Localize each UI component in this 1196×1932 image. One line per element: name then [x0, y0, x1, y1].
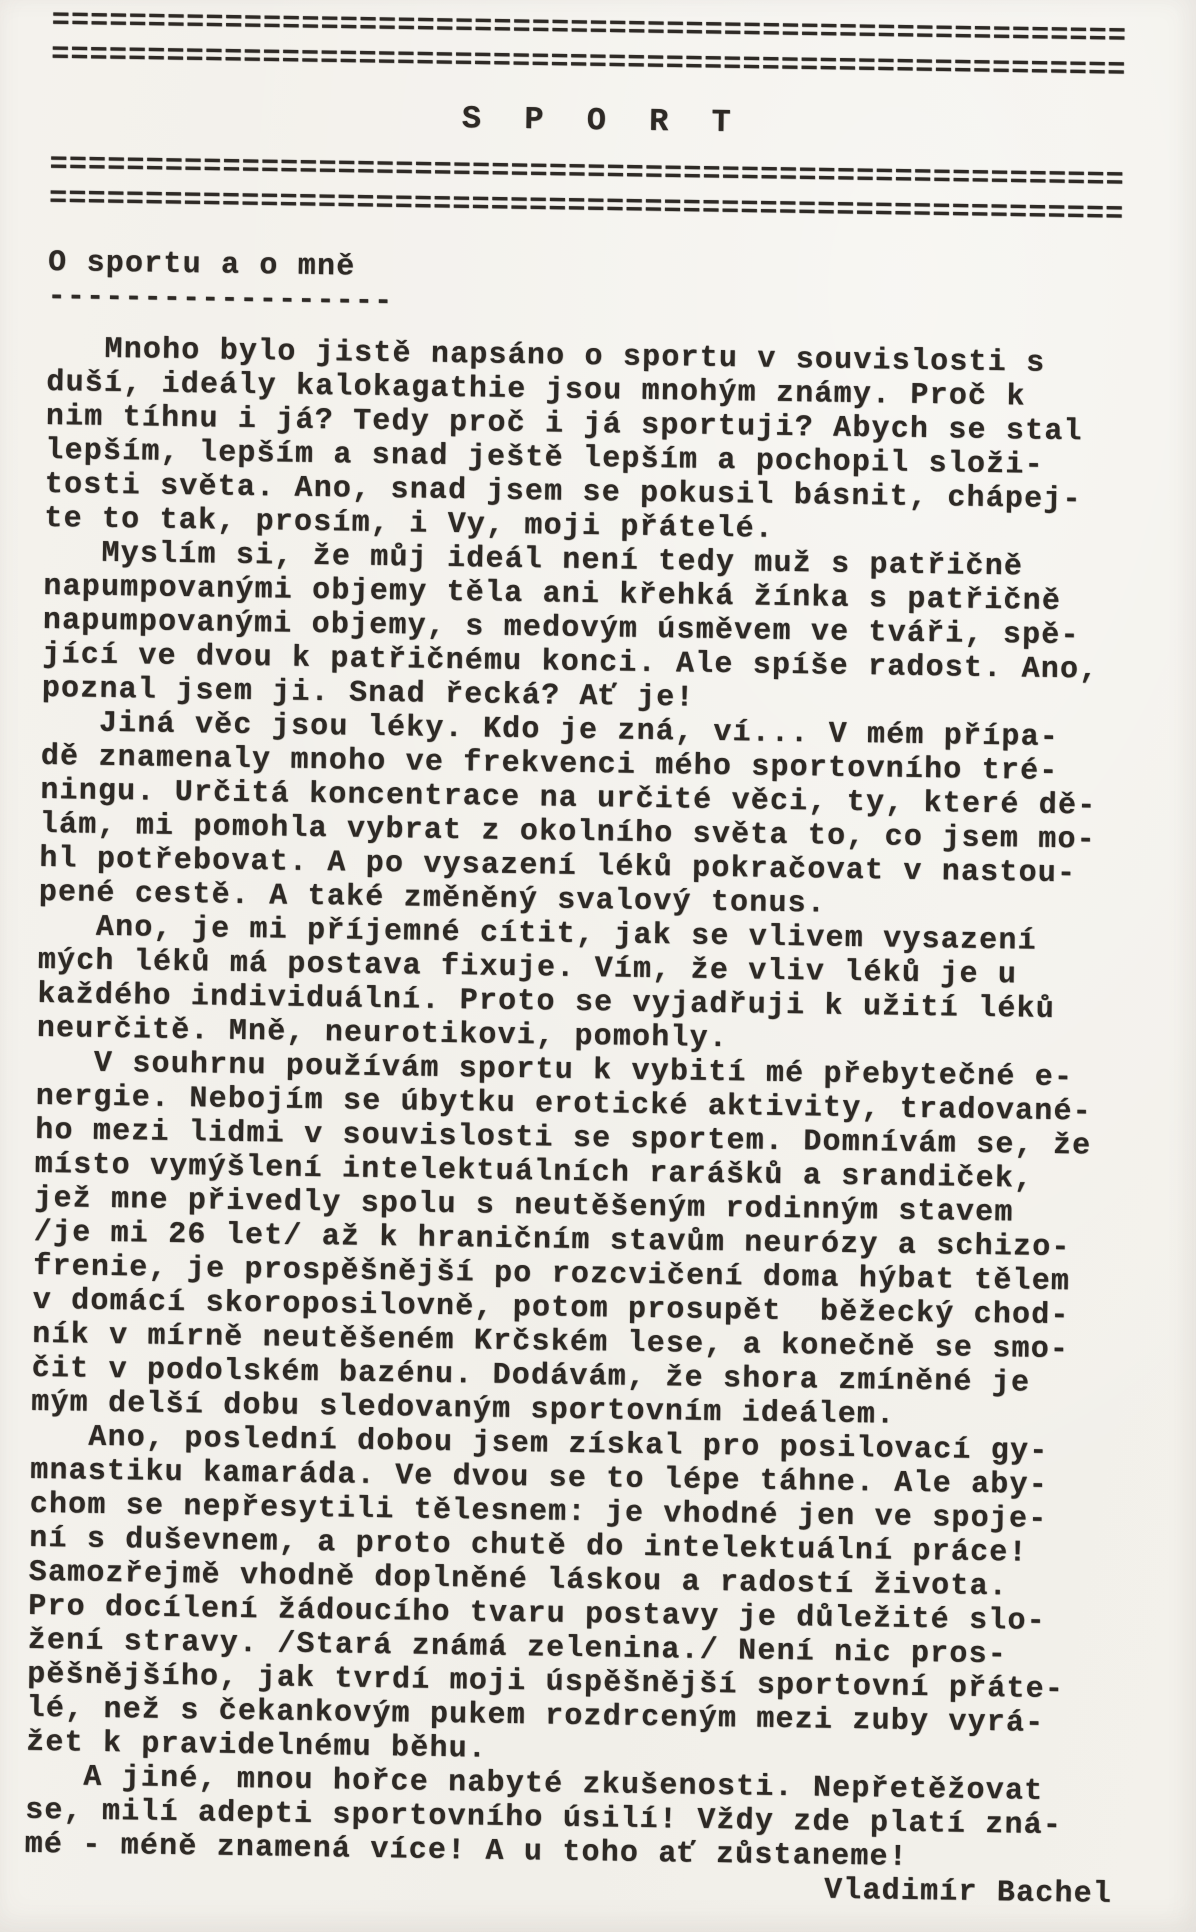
document-title: S P O R T	[50, 96, 1154, 146]
article-body: Mnoho bylo jistě napsáno o sportu v souv…	[24, 332, 1151, 1878]
section-heading-block: O sportu a o mně ------------------	[47, 246, 1152, 330]
title-bottom-double-rule: ========================================…	[49, 148, 1154, 232]
paragraph-6: Ano, poslední dobou jsem získal pro posi…	[26, 1420, 1135, 1776]
typed-content: ========================================…	[24, 4, 1156, 1912]
paragraph-1: Mnoho bylo jistě napsáno o sportu v souv…	[44, 332, 1151, 552]
paragraph-4: Ano, je mi příjemné cítit, jak se vlivem…	[37, 910, 1143, 1062]
paragraph-7: A jiné, mnou hořce nabyté zkušenosti. Ne…	[24, 1760, 1129, 1878]
paragraph-5: V souhrnu používám sportu k vybití mé př…	[31, 1046, 1140, 1436]
paragraph-2: Myslím si, že můj ideál není tedy muž s …	[42, 536, 1148, 722]
paragraph-3: Jiná věc jsou léky. Kdo je zná, ví... V …	[39, 706, 1146, 926]
scanned-document-page: ========================================…	[0, 0, 1196, 1932]
top-double-rule: ========================================…	[51, 4, 1156, 88]
